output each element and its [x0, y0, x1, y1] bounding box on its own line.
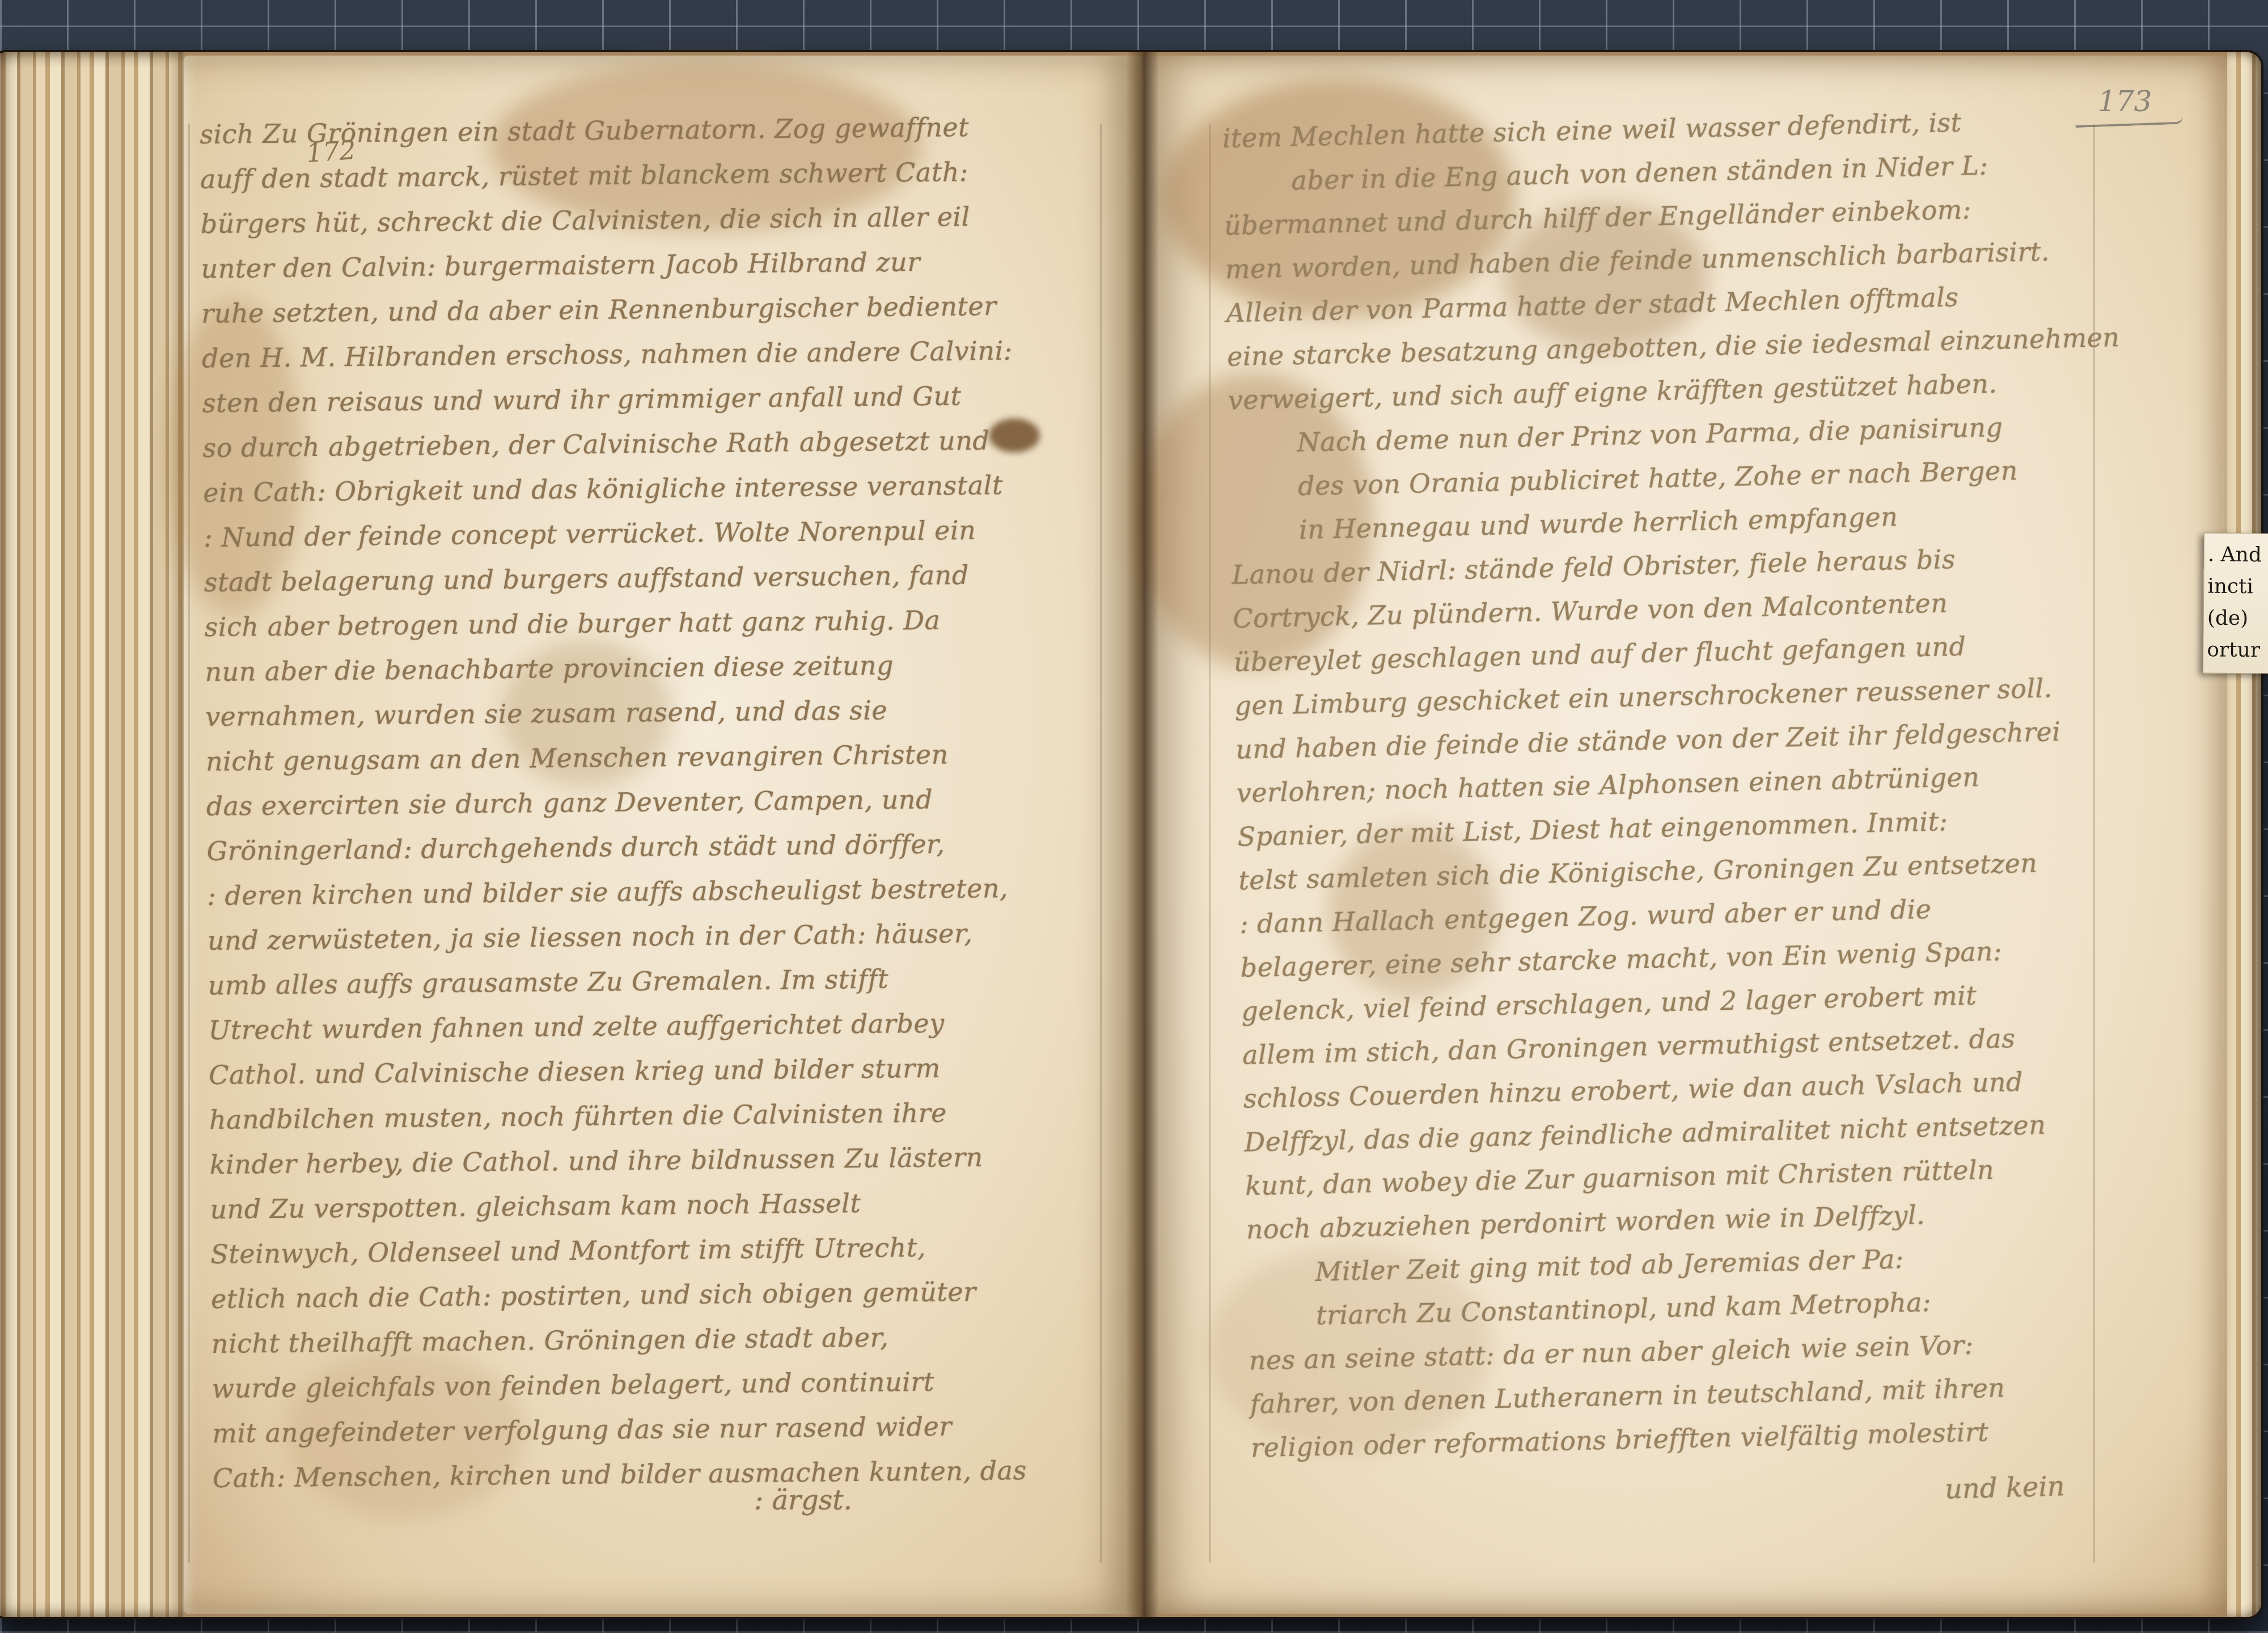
slip-text-line: (de): [2207, 603, 2268, 635]
page-number-right-value: 173: [2098, 85, 2152, 118]
printed-slip-tab: . Andincti(de)ortur: [2203, 532, 2268, 674]
page-number-right: 173: [2098, 85, 2183, 126]
slip-text-line: incti: [2207, 571, 2268, 603]
manuscript-line: Cath: Menschen, kirchen und bilder ausma…: [213, 1447, 1143, 1501]
margin-rule-left: [1209, 124, 1211, 1563]
page-stack-fore-edge-left: [0, 52, 184, 1617]
slip-text-line: ortur: [2207, 634, 2268, 667]
right-page-text: item Mechlen hatte sich eine weil wasser…: [1222, 98, 2136, 1470]
manuscript-line: ein Cath: Obrigkeit und das königliche i…: [203, 462, 1133, 515]
slip-text-line: . And: [2207, 539, 2268, 572]
page-stack-fore-edge-right: [2227, 52, 2261, 1617]
right-page-catchword: und kein: [1944, 1470, 2065, 1505]
page-number-left: 172: [305, 134, 357, 168]
manuscript-line: : deren kirchen und bilder sie auffs abs…: [207, 865, 1137, 919]
left-page-text: sich Zu Gröningen ein stadt Gubernatorn.…: [200, 103, 1143, 1501]
margin-rule-left: [188, 124, 190, 1563]
photograph-of-manuscript: sich Zu Gröningen ein stadt Gubernatorn.…: [0, 0, 2268, 1633]
manuscript-line: den H. M. Hilbranden erschoss, nahmen di…: [202, 327, 1132, 381]
left-page-catchword: : ärgst.: [754, 1484, 852, 1516]
